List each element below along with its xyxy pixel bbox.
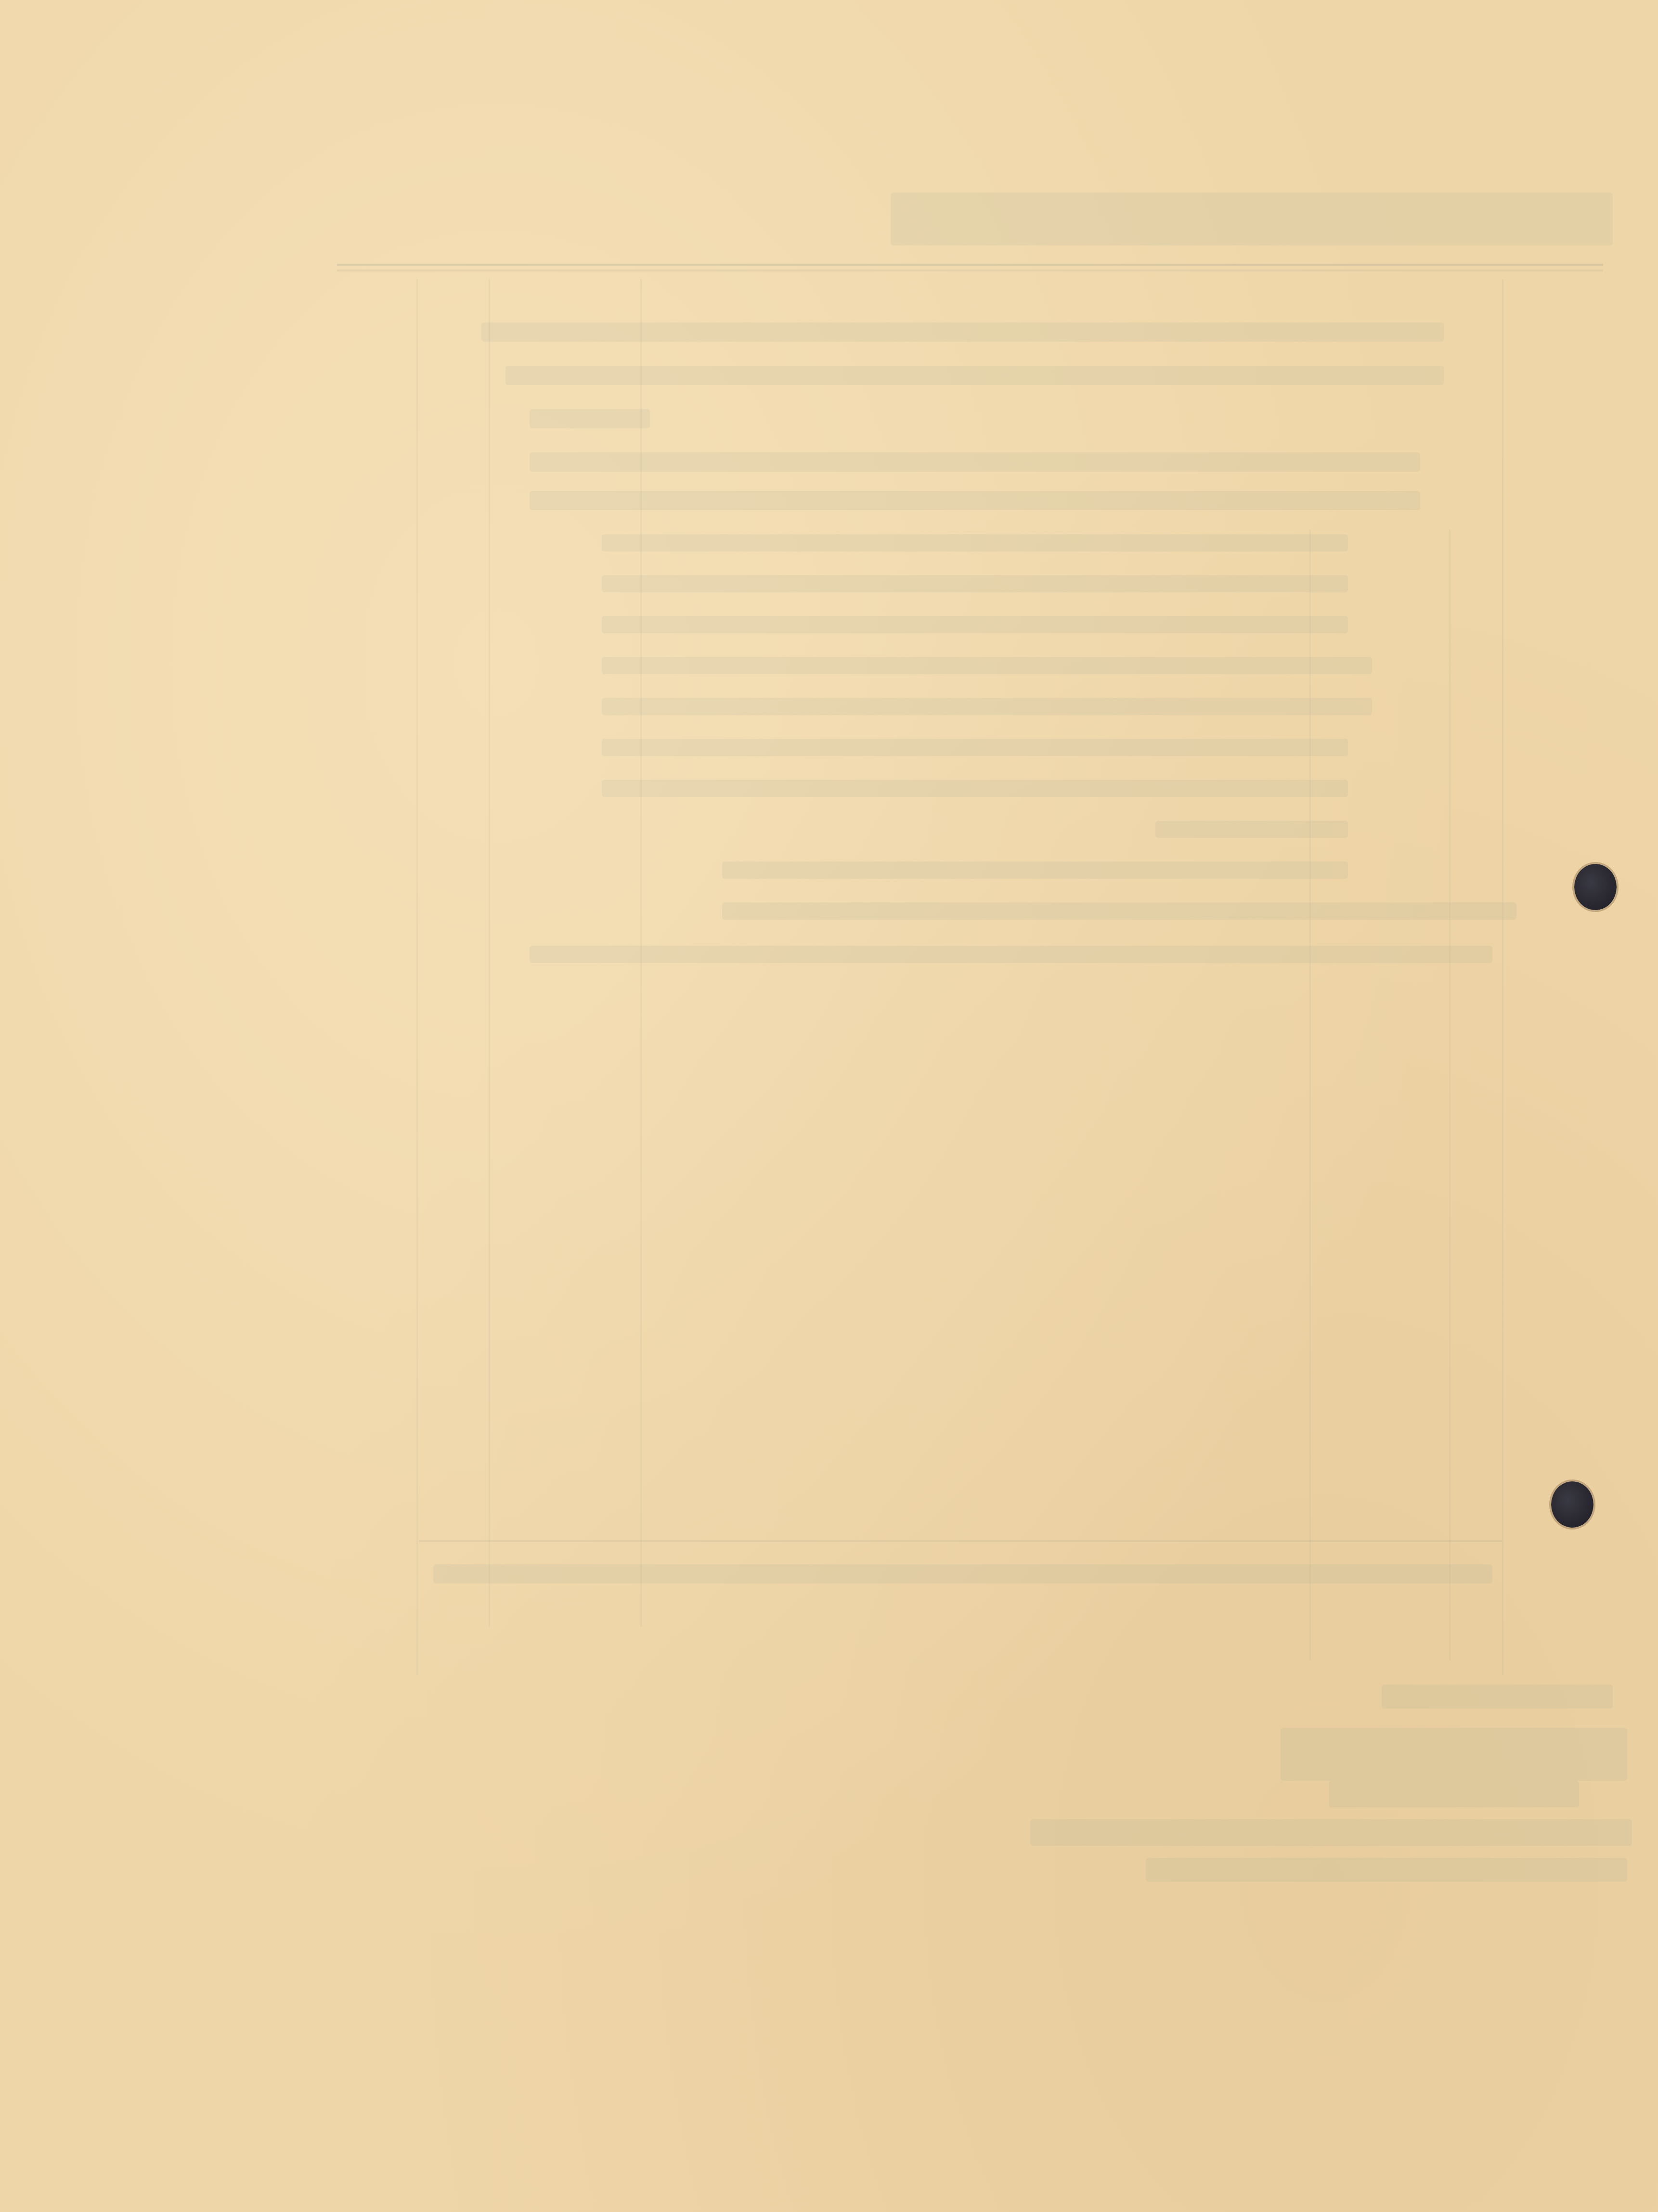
bleed-through-row bbox=[602, 616, 1348, 633]
bleed-through-total bbox=[433, 1564, 1492, 1583]
bleed-through-signature bbox=[1030, 1819, 1632, 1846]
punch-hole-bottom bbox=[1551, 1481, 1593, 1528]
bleed-through-row bbox=[530, 491, 1420, 510]
bleed-through-rule bbox=[419, 1540, 1502, 1542]
bleed-through-row bbox=[602, 698, 1372, 715]
paper-page bbox=[0, 0, 1658, 2212]
bleed-through-row bbox=[530, 452, 1420, 472]
bleed-through-row bbox=[602, 780, 1348, 797]
punch-hole-top bbox=[1574, 864, 1617, 910]
bleed-through-row bbox=[530, 409, 650, 428]
bleed-through-date bbox=[1382, 1685, 1613, 1709]
bleed-through-row bbox=[602, 739, 1348, 756]
bleed-through-rule bbox=[337, 264, 1603, 266]
bleed-through-row bbox=[481, 322, 1444, 342]
bleed-through-column bbox=[1449, 529, 1451, 1660]
bleed-through-row bbox=[602, 575, 1348, 592]
bleed-through-column bbox=[1502, 279, 1503, 1675]
bleed-through-column bbox=[640, 279, 642, 1627]
bleed-through-signature bbox=[1146, 1858, 1627, 1882]
bleed-through-signature bbox=[1281, 1728, 1627, 1781]
bleed-through-column bbox=[1309, 529, 1311, 1660]
bleed-through-heading bbox=[891, 193, 1613, 245]
bleed-through-column bbox=[416, 279, 418, 1675]
bleed-through-row bbox=[530, 946, 1492, 963]
bleed-through-row bbox=[1155, 821, 1348, 838]
bleed-through-row bbox=[602, 534, 1348, 552]
bleed-through-column bbox=[489, 279, 490, 1627]
bleed-through-row bbox=[722, 902, 1516, 920]
bleed-through-row bbox=[602, 657, 1372, 674]
bleed-through-row bbox=[505, 366, 1444, 385]
bleed-through-rule bbox=[337, 270, 1603, 271]
bleed-through-signature bbox=[1329, 1781, 1579, 1807]
bleed-through-row bbox=[722, 862, 1348, 879]
